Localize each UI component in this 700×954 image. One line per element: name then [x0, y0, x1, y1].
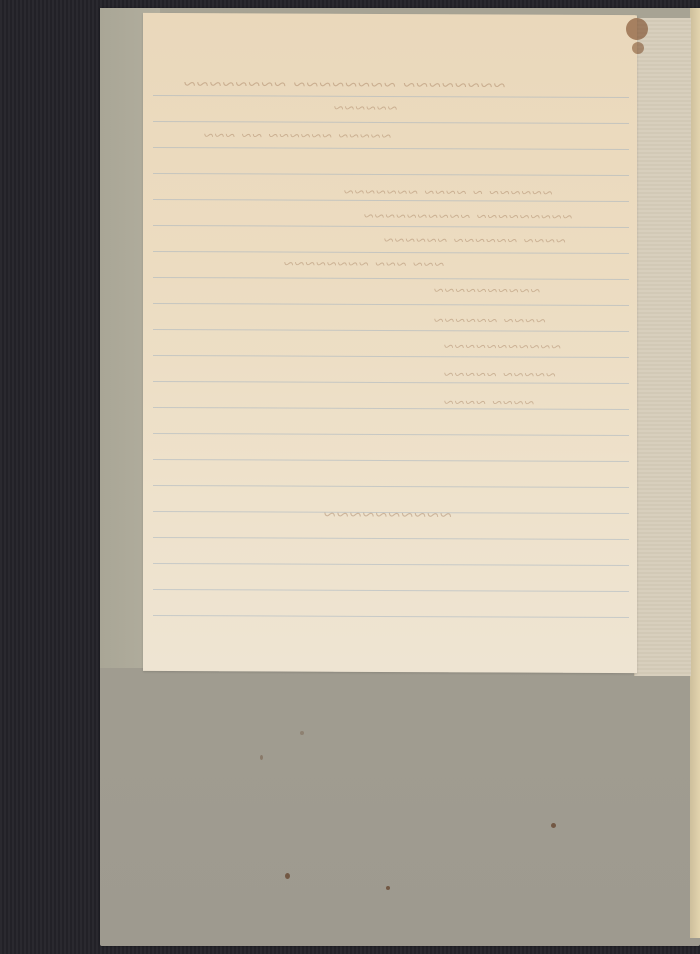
- ink-stain: [632, 42, 644, 54]
- bleed-through-line: ~~~~~ ~~~~~: [443, 364, 556, 385]
- binding-strip: [634, 18, 691, 676]
- ruled-line: [153, 147, 629, 150]
- bleed-through-line: ~~~~~~ ~ ~~~~ ~~~~~~~: [343, 182, 553, 204]
- handwritten-sheet: ~~~~~~~~ ~~~~~~~~ ~~~~~~~~ ~~~~~~ ~~~~~ …: [143, 13, 637, 673]
- ruled-line: [153, 459, 629, 462]
- ruled-line: [153, 407, 629, 410]
- bleed-through-signature: ~~~~~~~~~~: [323, 502, 452, 529]
- ruled-line: [153, 173, 629, 176]
- bleed-through-line: ~~~~ ~~~~~~: [433, 310, 546, 331]
- bleed-through-line: ~~~~ ~~~~~~ ~~~~~~: [383, 230, 566, 252]
- speck: [386, 886, 390, 890]
- ruled-line: [153, 329, 629, 332]
- bleed-through-line: ~~~~~~~~~ ~~~~~~~~~~: [363, 206, 573, 228]
- bleed-through-line: ~~~ ~~~ ~~~~~~~~: [283, 254, 444, 276]
- bleed-through-line: ~~~~~~~~~~: [433, 280, 540, 301]
- ruled-line: [153, 537, 629, 540]
- ink-stain: [626, 18, 648, 40]
- speck: [260, 755, 263, 760]
- ruled-line: [153, 277, 629, 280]
- ruled-line: [153, 303, 629, 306]
- ruled-line: [153, 563, 629, 566]
- ruled-line: [153, 121, 629, 124]
- bleed-through-line: ~~~~~~: [333, 98, 397, 119]
- bleed-through-line: ~~~~~~~~ ~~~~~~~~ ~~~~~~~~: [183, 71, 506, 98]
- speck: [285, 873, 290, 879]
- ruled-line: [153, 485, 629, 488]
- speck: [551, 823, 556, 828]
- bleed-through-line: ~~~~~~~~~~~: [443, 336, 561, 358]
- ruled-line: [153, 433, 629, 436]
- ruled-line: [153, 381, 629, 384]
- speck: [300, 731, 304, 735]
- ruled-line: [153, 589, 629, 592]
- bleed-through-line: ~~~~~ ~~~~~~ ~~ ~~~: [203, 125, 391, 147]
- adjacent-page-edge: [690, 8, 700, 938]
- ruled-line: [153, 615, 629, 618]
- bleed-through-line: ~~~~ ~~~~: [443, 392, 534, 413]
